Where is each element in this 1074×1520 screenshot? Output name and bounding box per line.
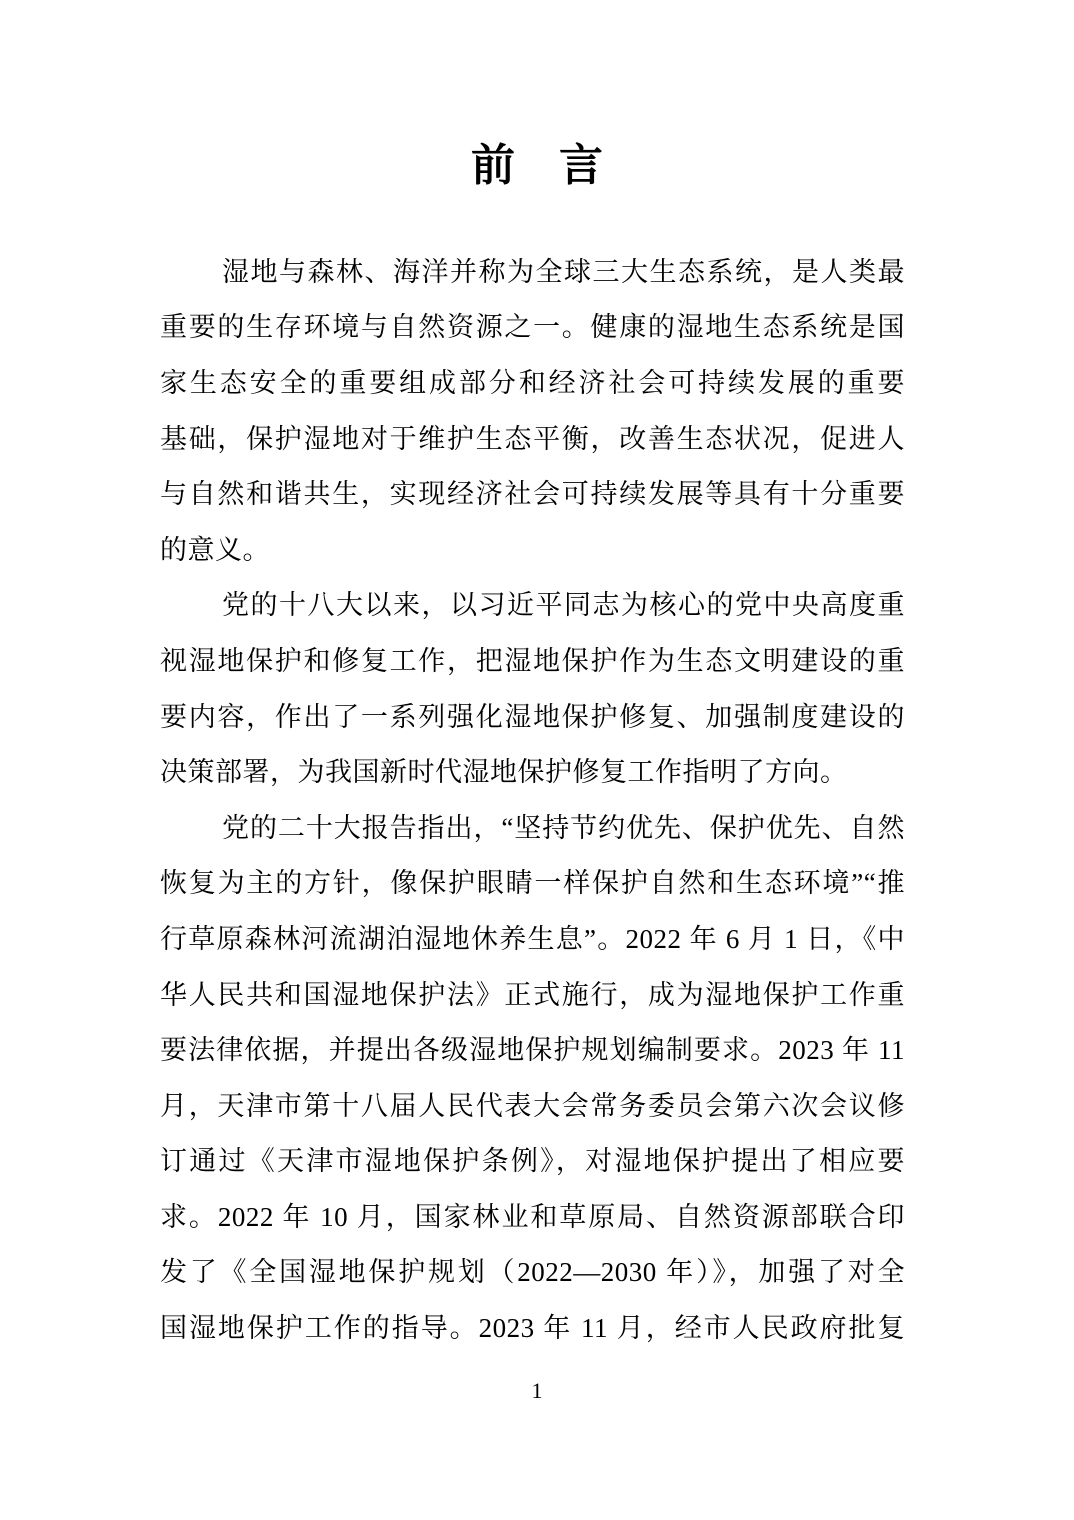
text-line: 发了《全国湿地保护规划（2022—2030 年）》，加强了对全 (160, 1245, 905, 1301)
text-line: 求。2022 年 10 月，国家林业和草原局、自然资源部联合印 (160, 1190, 905, 1246)
text-line: 要内容，作出了一系列强化湿地保护修复、加强制度建设的 (160, 690, 905, 746)
document-page: 前 言 湿地与森林、海洋并称为全球三大生态系统，是人类最 重要的生存环境与自然资… (0, 0, 1074, 1520)
text-line: 要法律依据，并提出各级湿地保护规划编制要求。2023 年 11 (160, 1023, 905, 1079)
text-line: 家生态安全的重要组成部分和经济社会可持续发展的重要 (160, 356, 905, 412)
text-line: 湿地与森林、海洋并称为全球三大生态系统，是人类最 (160, 245, 905, 301)
page-footer: 1 (0, 1378, 1074, 1404)
text-line: 决策部署，为我国新时代湿地保护修复工作指明了方向。 (160, 745, 905, 801)
text-line: 的意义。 (160, 523, 905, 579)
text-line: 党的十八大以来，以习近平同志为核心的党中央高度重 (160, 578, 905, 634)
page-title: 前 言 (0, 140, 1074, 193)
page-number: 1 (532, 1378, 543, 1403)
text-line: 华人民共和国湿地保护法》正式施行，成为湿地保护工作重 (160, 968, 905, 1024)
text-line: 党的二十大报告指出，“坚持节约优先、保护优先、自然 (160, 801, 905, 857)
text-line: 基础，保护湿地对于维护生态平衡，改善生态状况，促进人 (160, 412, 905, 468)
text-line: 与自然和谐共生，实现经济社会可持续发展等具有十分重要 (160, 467, 905, 523)
text-line: 行草原森林河流湖泊湿地休养生息”。2022 年 6 月 1 日，《中 (160, 912, 905, 968)
text-line: 订通过《天津市湿地保护条例》，对湿地保护提出了相应要 (160, 1134, 905, 1190)
text-line: 重要的生存环境与自然资源之一。健康的湿地生态系统是国 (160, 300, 905, 356)
body-text: 湿地与森林、海洋并称为全球三大生态系统，是人类最 重要的生存环境与自然资源之一。… (160, 245, 905, 1357)
text-line: 月，天津市第十八届人民代表大会常务委员会第六次会议修 (160, 1079, 905, 1135)
text-line: 视湿地保护和修复工作，把湿地保护作为生态文明建设的重 (160, 634, 905, 690)
text-line: 恢复为主的方针，像保护眼睛一样保护自然和生态环境”“推 (160, 856, 905, 912)
text-line: 国湿地保护工作的指导。2023 年 11 月，经市人民政府批复 (160, 1301, 905, 1357)
